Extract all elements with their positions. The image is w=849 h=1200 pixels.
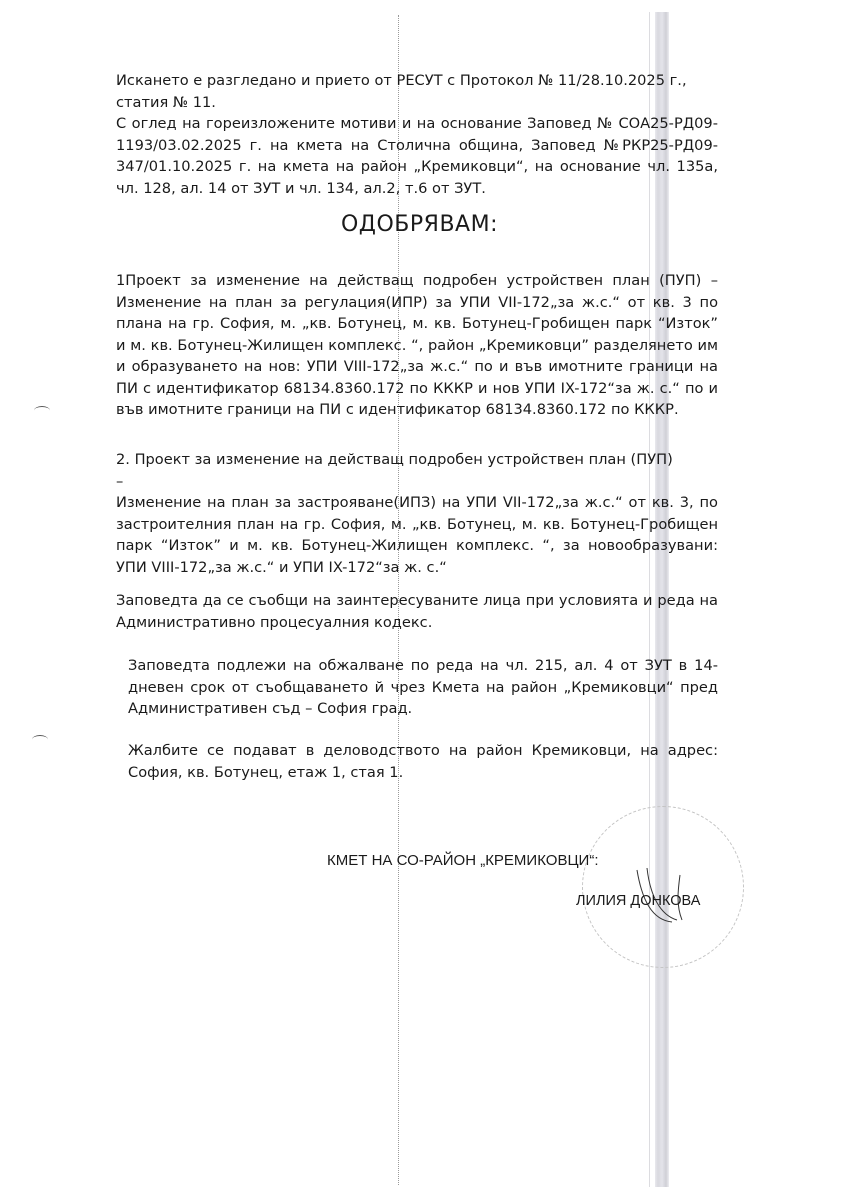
appeal-text: Заповедта подлежи на обжалване по реда н…	[128, 655, 718, 720]
intro-line: С оглед на гореизложените мотиви и на ос…	[116, 113, 718, 199]
punch-hole-mark	[32, 735, 48, 744]
section-2-line: –	[116, 471, 718, 493]
signatory-title: КМЕТ НА СО-РАЙОН „КРЕМИКОВЦИ“:	[327, 852, 599, 869]
intro-line: Искането е разгледано и прието от РЕСУТ …	[116, 70, 718, 92]
notice-paragraph: Заповедта да се съобщи на заинтересувани…	[116, 590, 718, 633]
complaints-paragraph: Жалбите се подават в деловодството на ра…	[128, 740, 718, 783]
intro-line: статия № 11.	[116, 92, 718, 114]
notice-text: Заповедта да се съобщи на заинтересувани…	[116, 590, 718, 633]
section-1: 1Проект за изменение на действащ подробе…	[116, 270, 718, 421]
section-2: 2. Проект за изменение на действащ подро…	[116, 449, 718, 578]
section-2-line: 2. Проект за изменение на действащ подро…	[116, 449, 718, 471]
section-2-line: Изменение на план за застрояване(ИПЗ) на…	[116, 492, 718, 578]
intro-paragraph: Искането е разгледано и прието от РЕСУТ …	[116, 70, 718, 199]
signatory-name: ЛИЛИЯ ДОНКОВА	[576, 893, 700, 909]
complaints-text: Жалбите се подават в деловодството на ра…	[128, 740, 718, 783]
approval-heading: ОДОБРЯВАМ:	[0, 212, 849, 237]
punch-hole-mark	[34, 406, 50, 415]
appeal-paragraph: Заповедта подлежи на обжалване по реда н…	[128, 655, 718, 720]
scanned-document-page: Искането е разгледано и прието от РЕСУТ …	[0, 0, 849, 1200]
section-1-text: 1Проект за изменение на действащ подробе…	[116, 270, 718, 421]
